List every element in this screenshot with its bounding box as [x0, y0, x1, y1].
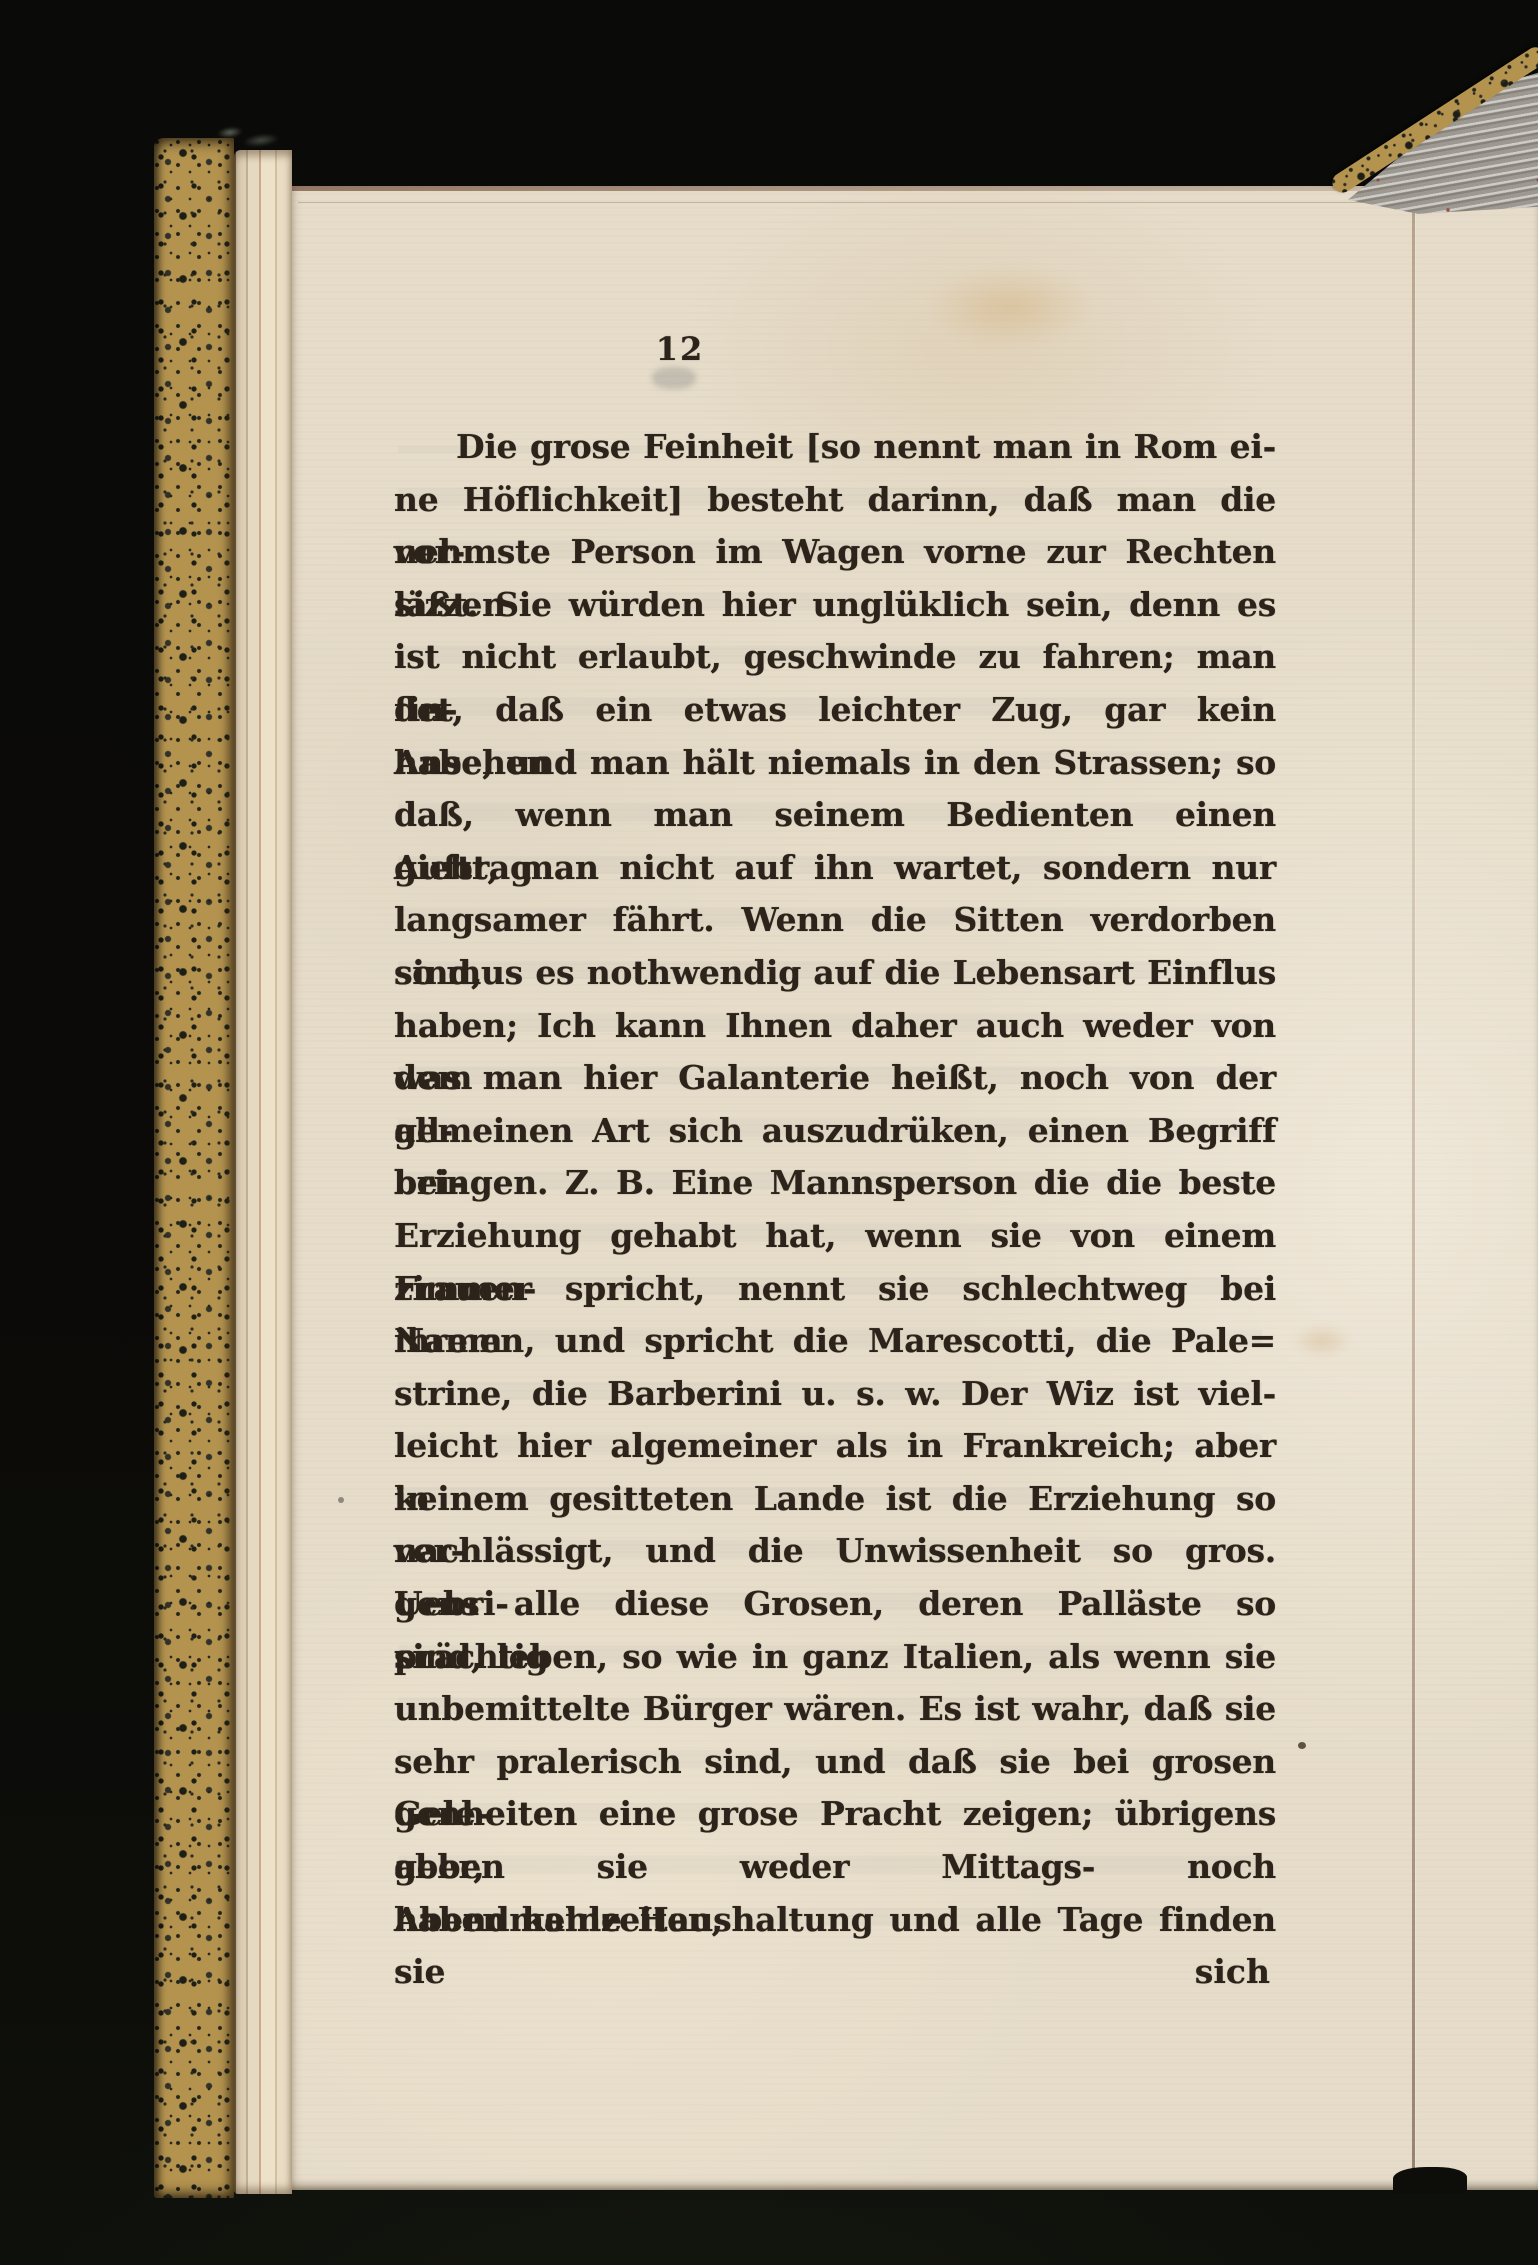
- text-line: strine, die Barberini u. s. w. Der Wiz i…: [394, 1368, 1276, 1421]
- text-line: Namen, und spricht die Marescotti, die P…: [394, 1315, 1276, 1368]
- text-line: habe, und man hält niemals in den Strass…: [394, 737, 1276, 790]
- page-crease: [1412, 202, 1415, 2182]
- text-block: Die grose Feinheit [so nennt man in Rom …: [394, 421, 1276, 1946]
- text-line: nachlässigt, und die Unwissenheit so gro…: [394, 1525, 1276, 1578]
- text-line: leicht hier algemeiner als in Frankreich…: [394, 1420, 1276, 1473]
- paper-speck: [338, 1497, 344, 1503]
- paper-stain: [1282, 1318, 1362, 1364]
- text-line: ist nicht erlaubt, geschwinde zu fahren;…: [394, 631, 1276, 684]
- text-line: sind, leben, so wie in ganz Italien, als…: [394, 1631, 1276, 1684]
- text-line: ne Höflichkeit] besteht darinn, daß man …: [394, 474, 1276, 527]
- text-line: so mus es nothwendig auf die Lebensart E…: [394, 947, 1276, 1000]
- text-line: nehmste Person im Wagen vorne zur Rechte…: [394, 526, 1276, 579]
- fore-edge: [154, 138, 234, 2198]
- text-line: gemeinen Art sich auszudrüken, einen Beg…: [394, 1105, 1276, 1158]
- text-line: daß, wenn man seinem Bedienten einen Auf…: [394, 789, 1276, 842]
- text-line: läßt. Sie würden hier unglüklich sein, d…: [394, 579, 1276, 632]
- leaf-edges: [234, 150, 292, 2194]
- page-number: 12: [640, 330, 720, 368]
- paper-speck: [1298, 1742, 1306, 1749]
- text-line: gens alle diese Grosen, deren Palläste s…: [394, 1578, 1276, 1631]
- text-line: zimmer spricht, nennt sie schlechtweg be…: [394, 1263, 1276, 1316]
- text-line: giebt, man nicht auf ihn wartet, sondern…: [394, 842, 1276, 895]
- page-stack-edges: [1288, 0, 1538, 235]
- text-line: genheiten eine grose Pracht zeigen; übri…: [394, 1788, 1276, 1841]
- text-line: Die grose Feinheit [so nennt man in Rom …: [394, 421, 1276, 474]
- text-line: geben sie weder Mittags- noch Abendmahlz…: [394, 1841, 1276, 1894]
- text-line: unbemittelte Bürger wären. Es ist wahr, …: [394, 1683, 1276, 1736]
- text-line: langsamer fährt. Wenn die Sitten verdorb…: [394, 894, 1276, 947]
- text-line: sehr pralerisch sind, und daß sie bei gr…: [394, 1736, 1276, 1789]
- catchword: sich: [394, 1946, 1270, 1998]
- text-line: det, daß ein etwas leichter Zug, gar kei…: [394, 684, 1276, 737]
- text-line: haben keine Haushaltung und alle Tage fi…: [394, 1894, 1276, 1947]
- folio-showthrough: [652, 367, 696, 389]
- text-line: was man hier Galanterie heißt, noch von …: [394, 1052, 1276, 1105]
- text-line: Erziehung gehabt hat, wenn sie von einem…: [394, 1210, 1276, 1263]
- book-photo: 12 Die grose Feinheit [so nennt man in R…: [0, 0, 1538, 2265]
- text-line: bringen. Z. B. Eine Mannsperson die die …: [394, 1157, 1276, 1210]
- page-corner-notch: [1393, 2167, 1467, 2193]
- text-line: haben; Ich kann Ihnen daher auch weder v…: [394, 1000, 1276, 1053]
- paper-stain: [900, 252, 1120, 362]
- page-stack-corner: [1288, 0, 1538, 235]
- text-line: keinem gesitteten Lande ist die Erziehun…: [394, 1473, 1276, 1526]
